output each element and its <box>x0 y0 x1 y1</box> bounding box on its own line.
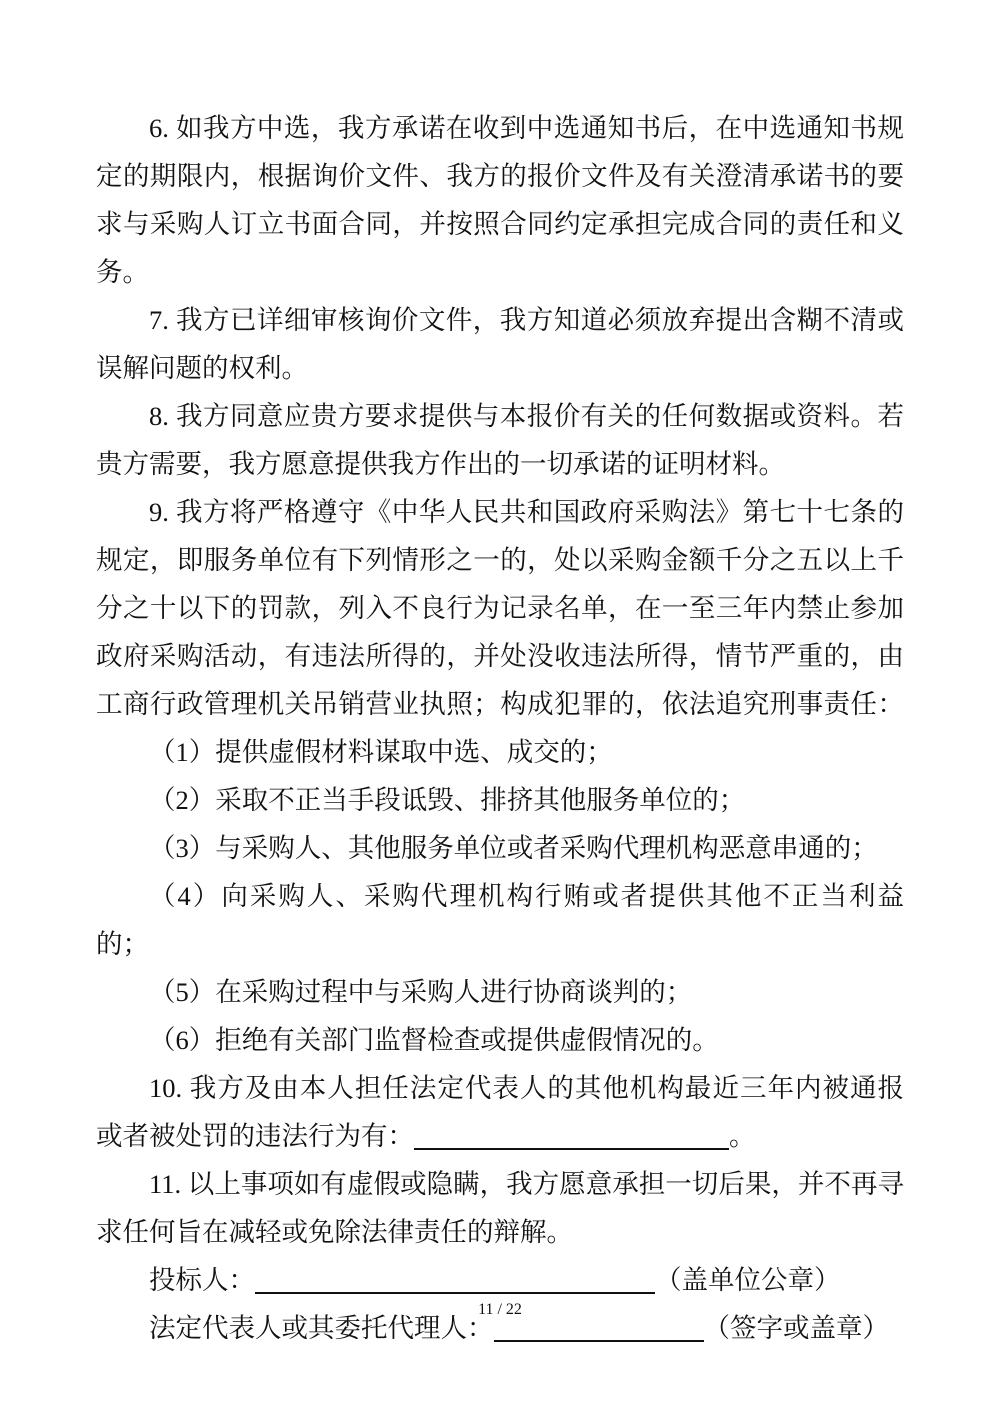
bidder-seal-note: （盖单位公章） <box>655 1265 841 1295</box>
clause-6-line-3: 求与采购人订立书面合同，并按照合同约定承担完成合同的责任和义 <box>96 200 904 248</box>
clause-6-line-4: 务。 <box>96 248 904 296</box>
clause-8-line-1: 8. 我方同意应贵方要求提供与本报价有关的任何数据或资料。若 <box>96 392 904 440</box>
clause-9-line-4: 政府采购活动，有违法所得的，并处没收违法所得，情节严重的，由 <box>96 632 904 680</box>
clause-9-item-4: （4）向采购人、采购代理机构行贿或者提供其他不正当利益的； <box>96 872 904 968</box>
clause-10-line-2: 或者被处罚的违法行为有：。 <box>96 1112 904 1160</box>
clause-9-item-3: （3）与采购人、其他服务单位或者采购代理机构恶意串通的； <box>96 824 904 872</box>
clause-10-line-2-text: 或者被处罚的违法行为有： <box>96 1121 414 1151</box>
clause-9-line-2: 规定，即服务单位有下列情形之一的，处以采购金额千分之五以上千 <box>96 536 904 584</box>
clause-7-line-2: 误解问题的权利。 <box>96 344 904 392</box>
clause-6-line-2: 定的期限内，根据询价文件、我方的报价文件及有关澄清承诺书的要 <box>96 152 904 200</box>
signature-line-bidder: 投标人：（盖单位公章） <box>96 1256 904 1304</box>
clause-9-line-3: 分之十以下的罚款，列入不良行为记录名单，在一至三年内禁止参加 <box>96 584 904 632</box>
bidder-name-blank-field <box>255 1290 655 1294</box>
clause-10-line-2-period: 。 <box>729 1121 756 1151</box>
representative-signature-blank-field <box>494 1338 704 1342</box>
violation-blank-field <box>414 1146 729 1150</box>
clause-9-item-2: （2）采取不正当手段诋毁、排挤其他服务单位的； <box>96 776 904 824</box>
clause-9-line-5: 工商行政管理机关吊销营业执照；构成犯罪的，依法追究刑事责任： <box>96 680 904 728</box>
clause-8-line-2: 贵方需要，我方愿意提供我方作出的一切承诺的证明材料。 <box>96 440 904 488</box>
clause-10-line-1: 10. 我方及由本人担任法定代表人的其他机构最近三年内被通报 <box>96 1064 904 1112</box>
clause-9-item-1: （1）提供虚假材料谋取中选、成交的； <box>96 728 904 776</box>
document-content: 6. 如我方中选，我方承诺在收到中选通知书后，在中选通知书规 定的期限内，根据询… <box>96 104 904 1352</box>
clause-7-line-1: 7. 我方已详细审核询价文件，我方知道必须放弃提出含糊不清或 <box>96 296 904 344</box>
bidder-label: 投标人： <box>149 1265 255 1295</box>
clause-9-item-6: （6）拒绝有关部门监督检查或提供虚假情况的。 <box>96 1016 904 1064</box>
clause-11-line-1: 11. 以上事项如有虚假或隐瞒，我方愿意承担一切后果，并不再寻 <box>96 1160 904 1208</box>
clause-11-line-2: 求任何旨在减轻或免除法律责任的辩解。 <box>96 1208 904 1256</box>
page-number: 11 / 22 <box>0 1298 1000 1322</box>
clause-9-line-1: 9. 我方将严格遵守《中华人民共和国政府采购法》第七十七条的 <box>96 488 904 536</box>
clause-9-item-5: （5）在采购过程中与采购人进行协商谈判的； <box>96 968 904 1016</box>
document-page: 6. 如我方中选，我方承诺在收到中选通知书后，在中选通知书规 定的期限内，根据询… <box>0 0 1000 1414</box>
clause-6-line-1: 6. 如我方中选，我方承诺在收到中选通知书后，在中选通知书规 <box>96 104 904 152</box>
